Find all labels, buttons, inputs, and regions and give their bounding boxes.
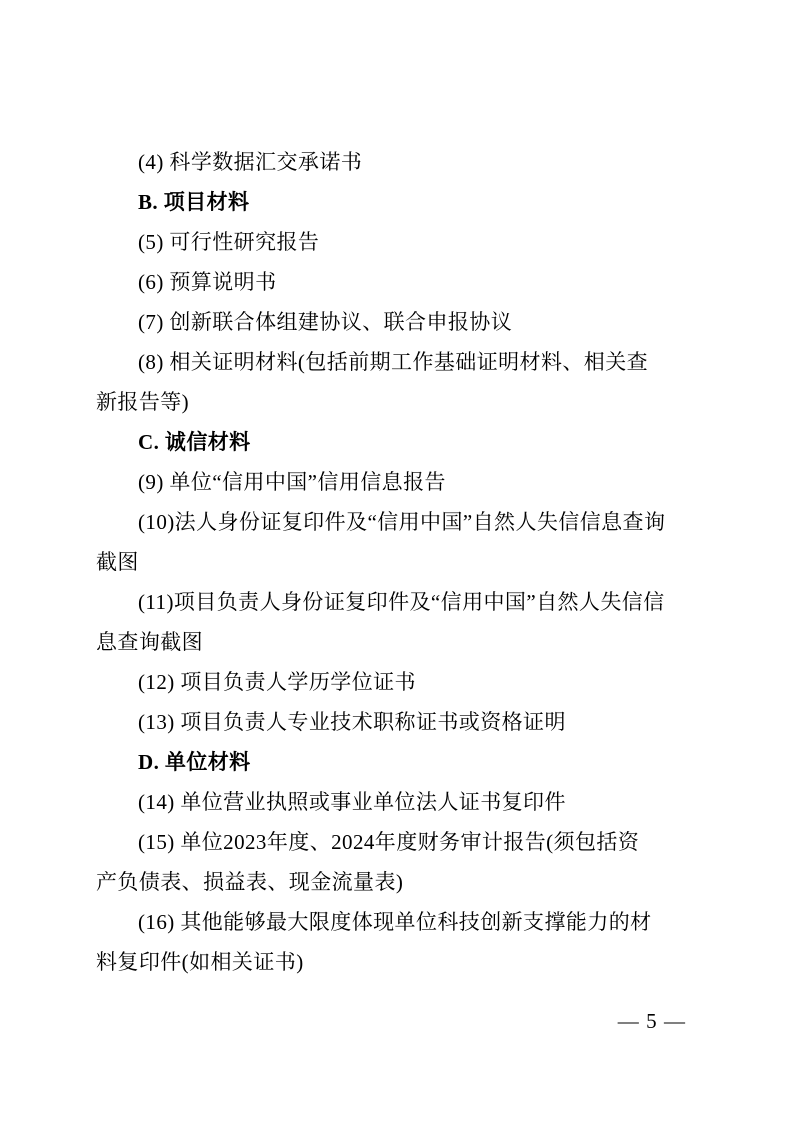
section-heading-b: B. 项目材料 xyxy=(96,182,703,222)
doc-item-13: (13) 项目负责人专业技术职称证书或资格证明 xyxy=(96,702,703,742)
doc-item-7: (7) 创新联合体组建协议、联合申报协议 xyxy=(96,302,703,342)
doc-item-14: (14) 单位营业执照或事业单位法人证书复印件 xyxy=(96,782,703,822)
doc-item-9: (9) 单位“信用中国”信用信息报告 xyxy=(96,462,703,502)
document-page: (4) 科学数据汇交承诺书 B. 项目材料 (5) 可行性研究报告 (6) 预算… xyxy=(0,0,794,1123)
page-number: — 5 — xyxy=(618,1001,686,1041)
section-heading-c: C. 诚信材料 xyxy=(96,422,703,462)
document-body: (4) 科学数据汇交承诺书 B. 项目材料 (5) 可行性研究报告 (6) 预算… xyxy=(96,142,703,982)
doc-item-12: (12) 项目负责人学历学位证书 xyxy=(96,662,703,702)
doc-item-10: (10)法人身份证复印件及“信用中国”自然人失信信息查询 截图 xyxy=(96,502,703,582)
doc-item-8: (8) 相关证明材料(包括前期工作基础证明材料、相关查 新报告等) xyxy=(96,342,703,422)
doc-item-11: (11)项目负责人身份证复印件及“信用中国”自然人失信信 息查询截图 xyxy=(96,582,703,662)
doc-item-15: (15) 单位2023年度、2024年度财务审计报告(须包括资 产负债表、损益表… xyxy=(96,822,703,902)
doc-item-5: (5) 可行性研究报告 xyxy=(96,222,703,262)
section-heading-d: D. 单位材料 xyxy=(96,742,703,782)
doc-item-4: (4) 科学数据汇交承诺书 xyxy=(96,142,703,182)
doc-item-6: (6) 预算说明书 xyxy=(96,262,703,302)
doc-item-16: (16) 其他能够最大限度体现单位科技创新支撑能力的材 料复印件(如相关证书) xyxy=(96,902,703,982)
